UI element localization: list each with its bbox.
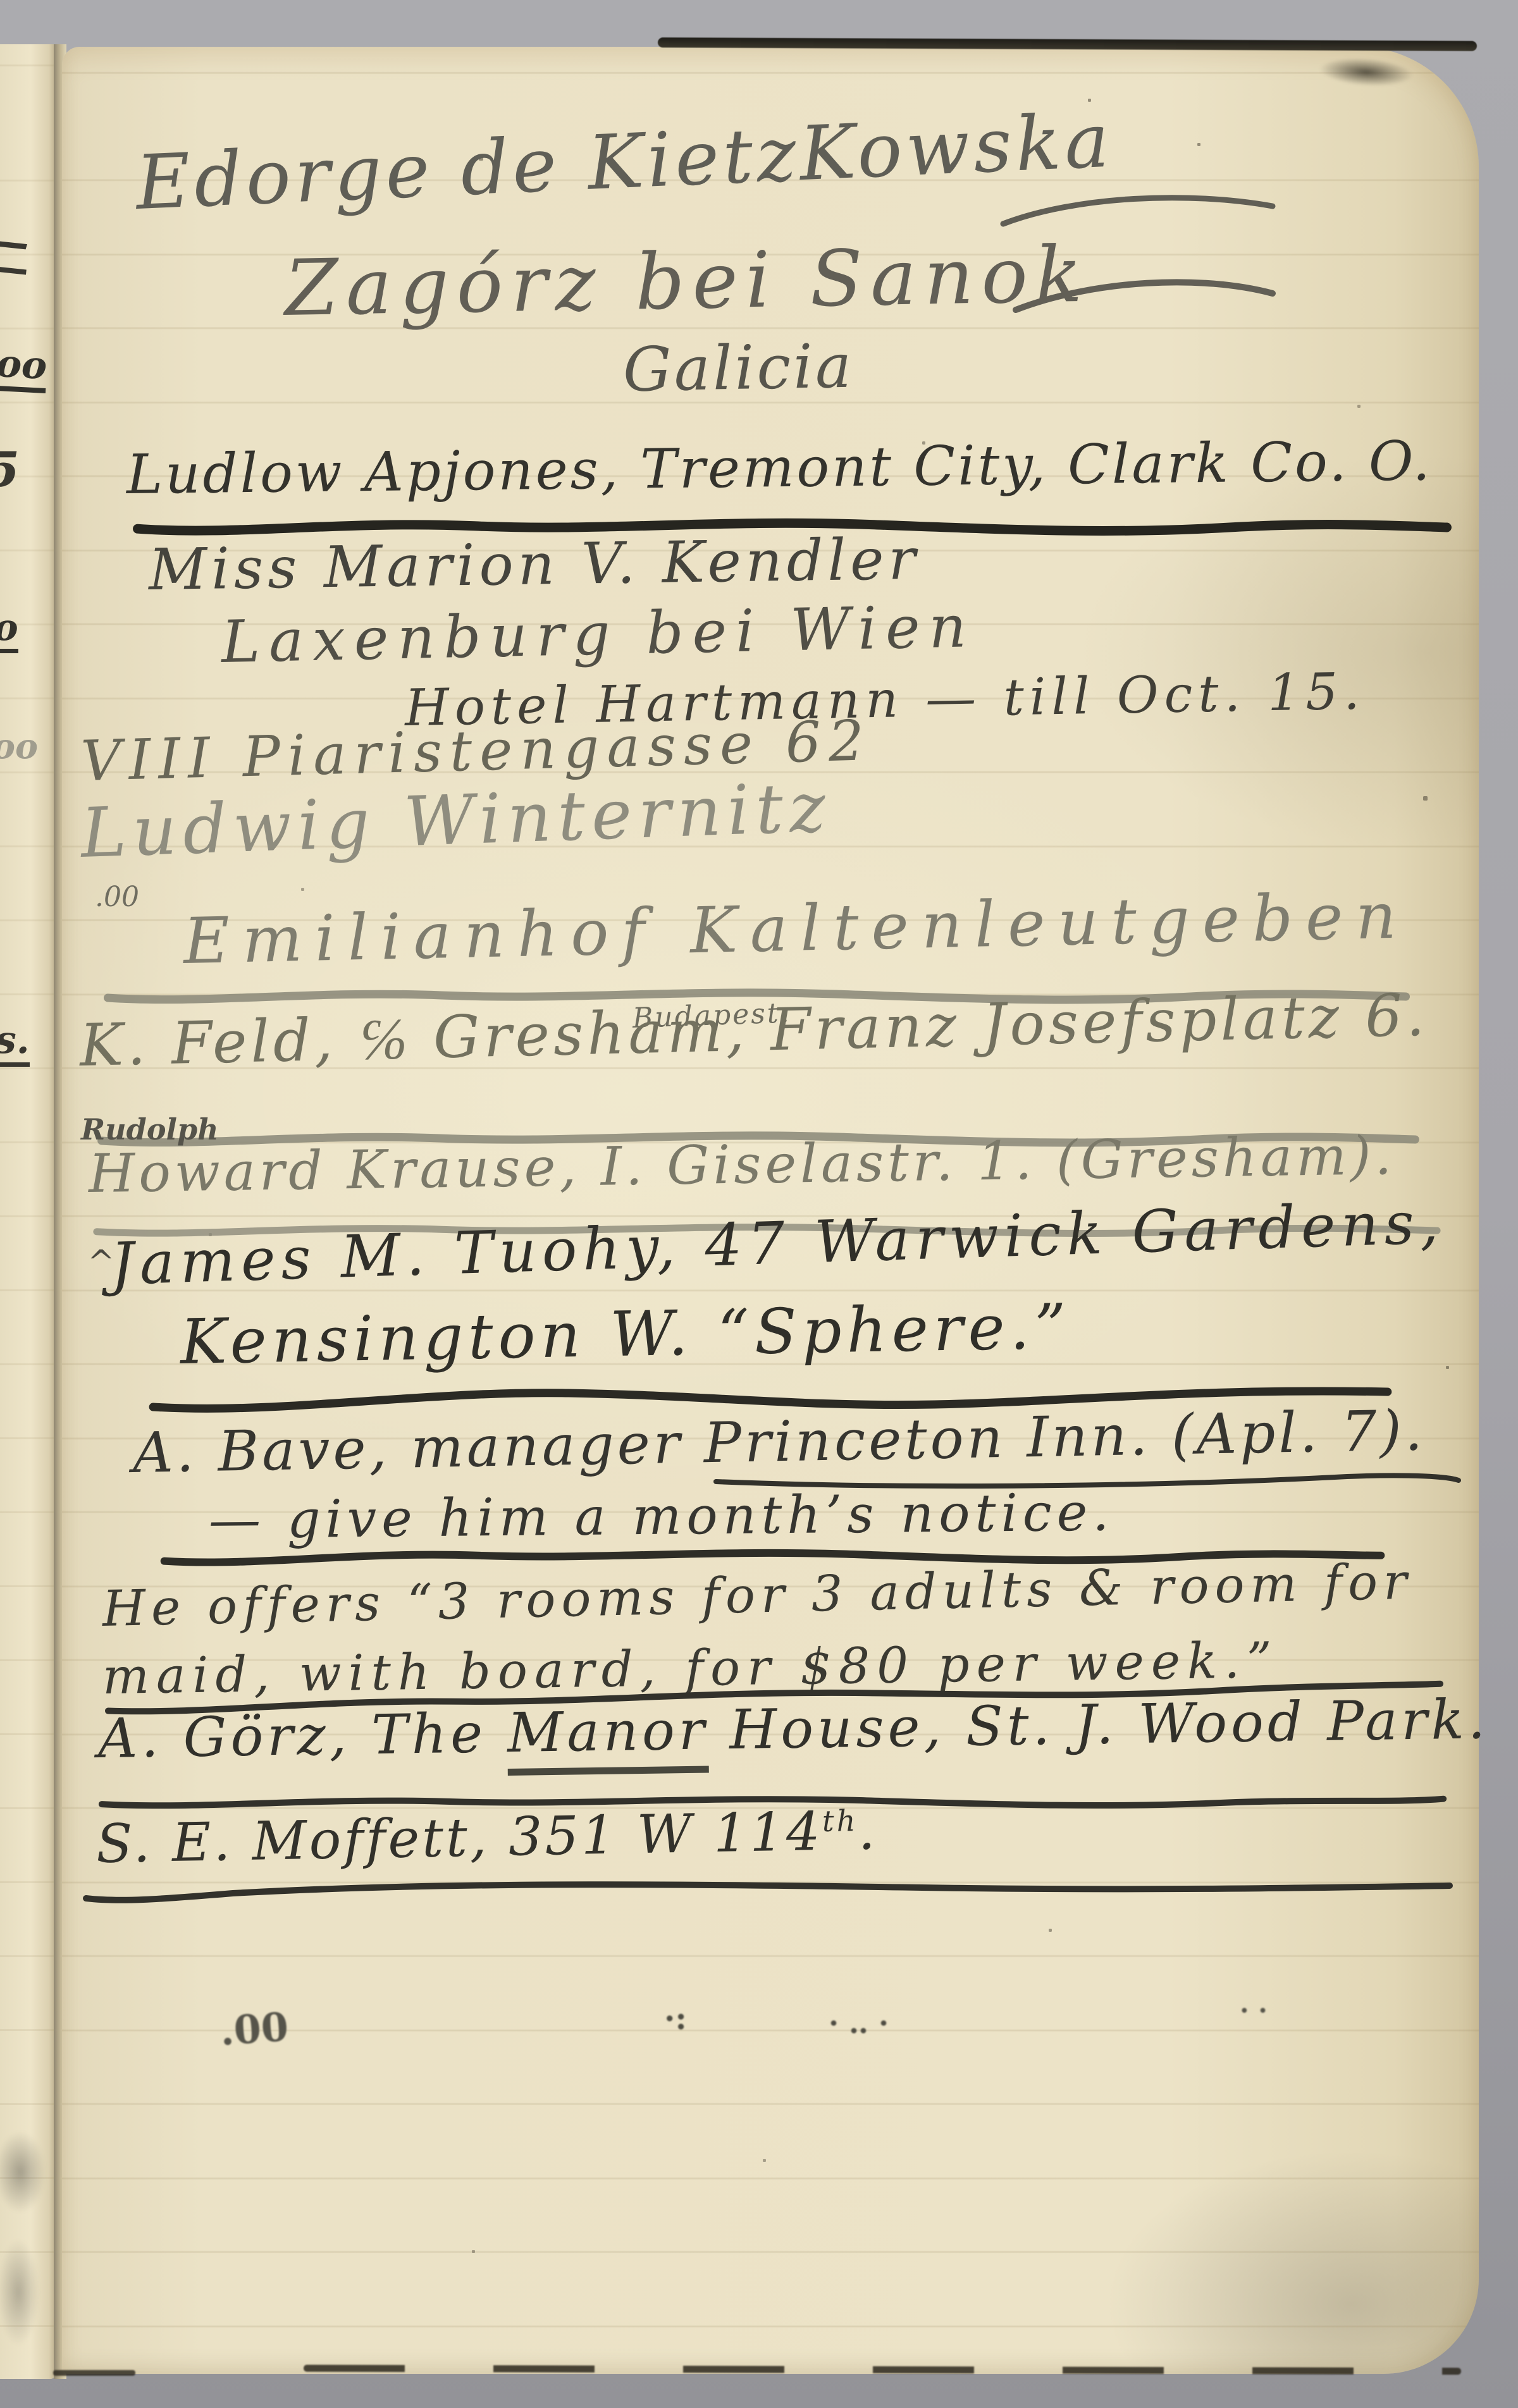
entry-kendler-address: Laxenburg bei Wien xyxy=(221,596,976,673)
margin-fragment: o xyxy=(0,606,18,653)
margin-fragment: oo xyxy=(0,726,38,766)
ink-offset-mark: · · xyxy=(1240,1995,1268,2026)
entry-winternitz-note: .00 xyxy=(95,883,139,912)
entry-moffett-ordinal: th xyxy=(822,1803,858,1838)
entry-krause-annotation: Rudolph xyxy=(81,1114,219,1145)
dust-specks xyxy=(0,0,1,1)
underline-stroke-ink xyxy=(81,1873,1455,1903)
entry-tuohy-address: Kensington W. “Sphere.” xyxy=(180,1294,1071,1375)
previous-page-edge: — oo 5 o oo s. xyxy=(0,44,56,2379)
entry-gorz-post: House, St. J. Wood Park. xyxy=(708,1688,1489,1762)
ink-offset-mark: · ‥ · xyxy=(829,2006,889,2040)
entry-moffett: S. E. Moffett, 351 W 114th. xyxy=(96,1802,878,1872)
ink-offset-mark: .00 xyxy=(219,2003,290,2054)
entry-moffett-base: S. E. Moffett, 351 W 114 xyxy=(96,1800,823,1875)
pen-flourish xyxy=(999,185,1278,235)
entry-gorz-underlined-word: Manor xyxy=(507,1699,709,1776)
margin-fragment: oo xyxy=(0,341,48,393)
ink-offset-mark: ·: xyxy=(664,1999,687,2037)
entry-apjones: Ludlow Apjones, Tremont City, Clark Co. … xyxy=(126,433,1433,503)
notebook-scan: — oo 5 o oo s. Edorge de KietzKowska Zag… xyxy=(0,0,1518,2408)
pencil-smudge xyxy=(0,2131,46,2213)
margin-fragment: — xyxy=(0,211,32,274)
margin-fragment: 5 xyxy=(0,441,20,498)
entry-bave-note: — give him a month’s notice. xyxy=(209,1486,1114,1549)
entry-moffett-end: . xyxy=(858,1799,878,1862)
ruled-lines-previous-page xyxy=(0,44,56,2379)
entry-kendler-name: Miss Marion V. Kendler xyxy=(148,530,920,601)
page-bottom-edge xyxy=(53,2370,135,2376)
entry-kietzkowska-region: Galicia xyxy=(622,335,855,402)
margin-fragment: s. xyxy=(0,1018,30,1067)
pencil-smudge xyxy=(0,2239,39,2346)
entry-gorz-pre: A. Görz, The xyxy=(97,1702,508,1771)
entry-kietzkowska-address: Zagórz bei Sanok xyxy=(284,234,1090,329)
pen-flourish xyxy=(1012,266,1278,322)
